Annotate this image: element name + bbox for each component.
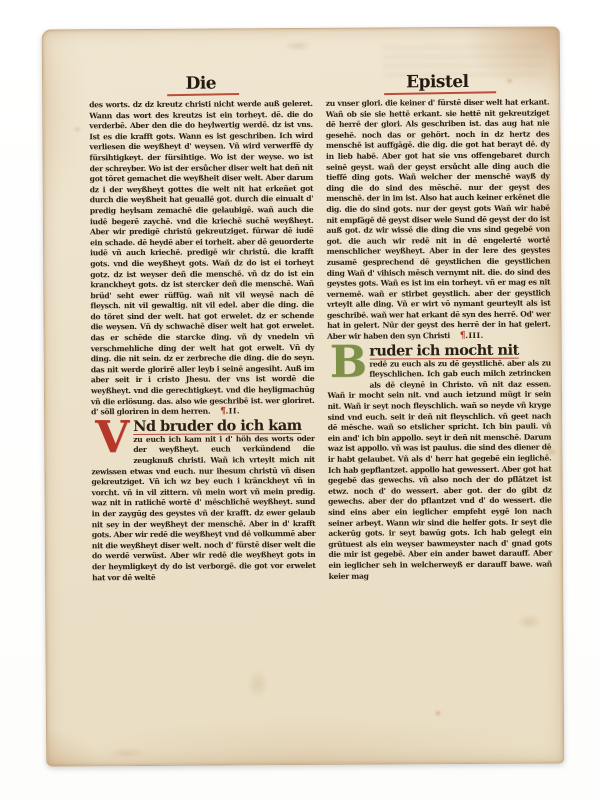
- chapter3-block: B ruder ich mocht nit redē zu euch als z…: [327, 342, 552, 582]
- photo-backdrop: Die Epistel des worts. dz dz kreutz chri…: [0, 0, 600, 800]
- rubric-underline: [384, 92, 496, 95]
- chapter2-continuation: zu vnser glori. die keiner d' fürstē dis…: [326, 97, 551, 342]
- running-header-left-label: Die: [186, 74, 217, 94]
- running-header-right: Epistel: [326, 71, 550, 92]
- lombard-initial-green: B: [327, 343, 369, 383]
- stain: [247, 669, 269, 699]
- red-ink-spot: [435, 710, 441, 716]
- stain: [107, 748, 147, 758]
- running-header-right-label: Epistel: [406, 72, 469, 92]
- chapter2-numeral: .II.: [226, 407, 240, 416]
- chapter2-capitulum: ¶.II.: [210, 407, 240, 416]
- stain: [283, 41, 313, 51]
- right-column: zu vnser glori. die keiner d' fürstē dis…: [326, 97, 552, 581]
- chapter3-numeral: .III.: [465, 331, 484, 340]
- running-header-left: Die: [89, 73, 313, 94]
- chapter2-block: V Nd bruder do ich kam zu euch ich kam n…: [91, 418, 315, 584]
- stain: [516, 614, 542, 630]
- lombard-initial-red: V: [91, 419, 133, 459]
- chapter3-incipit: ruder ich mocht nit: [369, 342, 519, 359]
- rubric-underline: [167, 93, 239, 96]
- chapter3-capitulum: ¶.III.: [450, 331, 484, 340]
- foxing-spot: [73, 126, 81, 132]
- running-header: Die Epistel: [89, 71, 549, 94]
- chapter1-continuation: des worts. dz dz kreutz christi nicht we…: [89, 99, 314, 418]
- chapter2-continuation-text: zu vnser glori. die keiner d' fürstē dis…: [326, 97, 551, 340]
- book-leaf: Die Epistel des worts. dz dz kreutz chri…: [42, 26, 564, 766]
- chapter1-text: des worts. dz dz kreutz christi nicht we…: [89, 99, 314, 417]
- text-block: des worts. dz dz kreutz christi nicht we…: [89, 97, 552, 583]
- chapter3-text: redē zu euch als zu dē geystlichē. aber …: [327, 358, 552, 582]
- chapter2-incipit: Nd bruder do ich kam: [133, 418, 301, 435]
- left-column: des worts. dz dz kreutz christi nicht we…: [89, 99, 315, 583]
